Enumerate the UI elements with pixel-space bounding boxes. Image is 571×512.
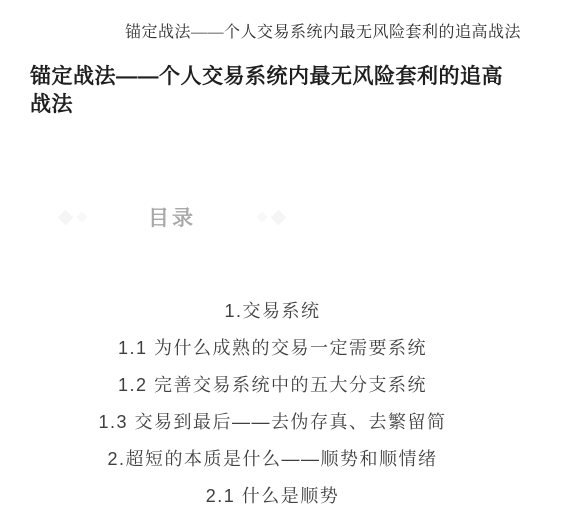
- toc-item: 1.2 完善交易系统中的五大分支系统: [118, 375, 427, 395]
- toc-heading: 目录: [148, 202, 196, 232]
- toc-heading-row: 目录: [60, 203, 284, 231]
- document-title-line-2: 战法: [30, 91, 510, 119]
- document-title-line-1: 锚定战法——个人交易系统内最无风险套利的追高: [30, 63, 510, 91]
- diamond-icon: [271, 209, 287, 225]
- toc-item: 1.1 为什么成熟的交易一定需要系统: [118, 338, 427, 358]
- toc-item: 2.1 什么是顺势: [206, 486, 340, 506]
- diamond-icon: [256, 211, 267, 222]
- document-title: 锚定战法——个人交易系统内最无风险套利的追高 战法: [30, 63, 510, 119]
- toc-item: 1.3 交易到最后——去伪存真、去繁留简: [98, 412, 446, 432]
- diamond-icon: [76, 211, 87, 222]
- running-header: 锚定战法——个人交易系统内最无风险套利的追高战法: [125, 19, 521, 42]
- diamond-icon: [58, 209, 74, 225]
- toc-list: 1.交易系统 1.1 为什么成熟的交易一定需要系统 1.2 完善交易系统中的五大…: [0, 301, 545, 506]
- toc-item: 2.超短的本质是什么——顺势和顺情绪: [107, 449, 437, 469]
- document-page: 锚定战法——个人交易系统内最无风险套利的追高战法 锚定战法——个人交易系统内最无…: [0, 0, 571, 512]
- toc-item: 1.交易系统: [224, 301, 320, 321]
